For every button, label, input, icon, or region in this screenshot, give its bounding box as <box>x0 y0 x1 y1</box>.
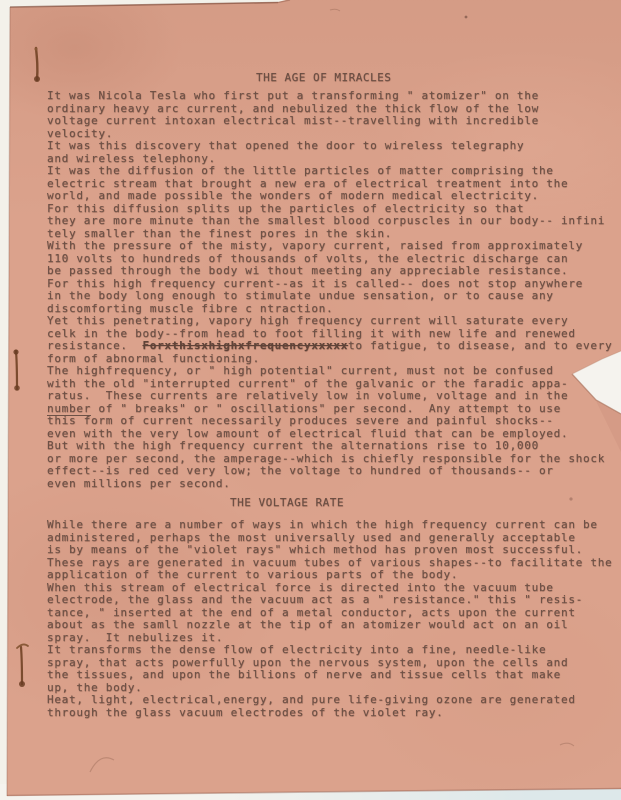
scanned-page-background: { "document": { "title": "THE AGE OF MIR… <box>0 0 621 800</box>
page-bottom-edge <box>7 789 621 796</box>
page-left-edge <box>7 7 10 796</box>
staple-mark-bottom <box>17 644 28 687</box>
page-top-edge <box>10 0 290 7</box>
staple-mark-middle <box>13 349 19 390</box>
scan-artifacts-overlay <box>0 0 621 800</box>
staple-mark-top <box>34 47 40 82</box>
page-tear-notch <box>572 351 621 452</box>
paper-specks <box>90 9 574 772</box>
